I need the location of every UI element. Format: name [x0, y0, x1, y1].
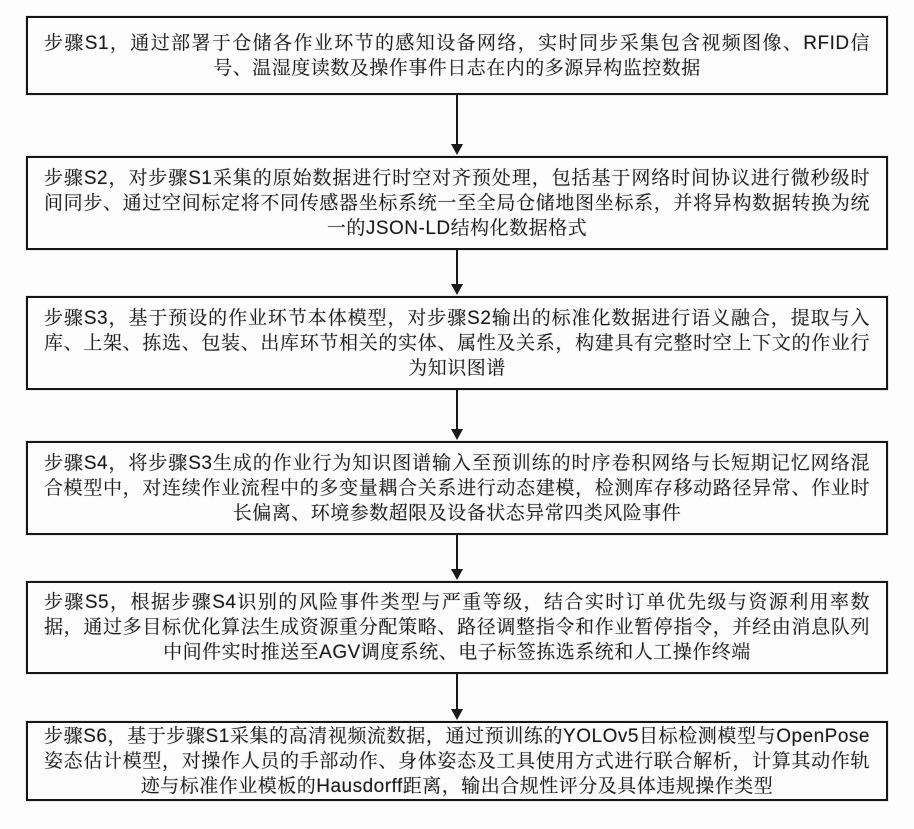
flow-step-s5-text: 步骤S5，根据步骤S4识别的风险事件类型与严重等级，结合实时订单优先级与资源利用… [44, 590, 870, 665]
arrow-down-icon [447, 250, 467, 296]
flow-step-s6-box: 步骤S6，基于步骤S1采集的高清视频流数据，通过预训练的YOLOv5目标检测模型… [26, 721, 888, 801]
flow-step-s2-box: 步骤S2，对步骤S1采集的原始数据进行时空对齐预处理，包括基于网络时间协议进行微… [26, 156, 888, 250]
flow-step-s1-text: 步骤S1，通过部署于仓储各作业环节的感知设备网络，实时同步采集包含视频图像、RF… [44, 31, 870, 81]
arrow-down-icon [447, 674, 467, 721]
arrow-down-icon [447, 535, 467, 581]
flow-step-s1-box: 步骤S1，通过部署于仓储各作业环节的感知设备网络，实时同步采集包含视频图像、RF… [26, 16, 888, 95]
flow-step-s3-box: 步骤S3，基于预设的作业环节本体模型，对步骤S2输出的标准化数据进行语义融合，提… [26, 296, 888, 390]
flow-step-s6-text: 步骤S6，基于步骤S1采集的高清视频流数据，通过预训练的YOLOv5目标检测模型… [44, 724, 870, 799]
flow-step-s4-box: 步骤S4，将步骤S3生成的作业行为知识图谱输入至预训练的时序卷积网络与长短期记忆… [26, 441, 888, 535]
flow-step-s5-box: 步骤S5，根据步骤S4识别的风险事件类型与严重等级，结合实时订单优先级与资源利用… [26, 581, 888, 674]
flow-step-s3-text: 步骤S3，基于预设的作业环节本体模型，对步骤S2输出的标准化数据进行语义融合，提… [44, 306, 870, 381]
flow-step-s4-text: 步骤S4，将步骤S3生成的作业行为知识图谱输入至预训练的时序卷积网络与长短期记忆… [44, 451, 870, 526]
flow-step-s2-text: 步骤S2，对步骤S1采集的原始数据进行时空对齐预处理，包括基于网络时间协议进行微… [44, 166, 870, 241]
arrow-down-icon [447, 390, 467, 441]
process-flowchart: 步骤S1，通过部署于仓储各作业环节的感知设备网络，实时同步采集包含视频图像、RF… [0, 0, 914, 829]
arrow-down-icon [447, 95, 467, 156]
